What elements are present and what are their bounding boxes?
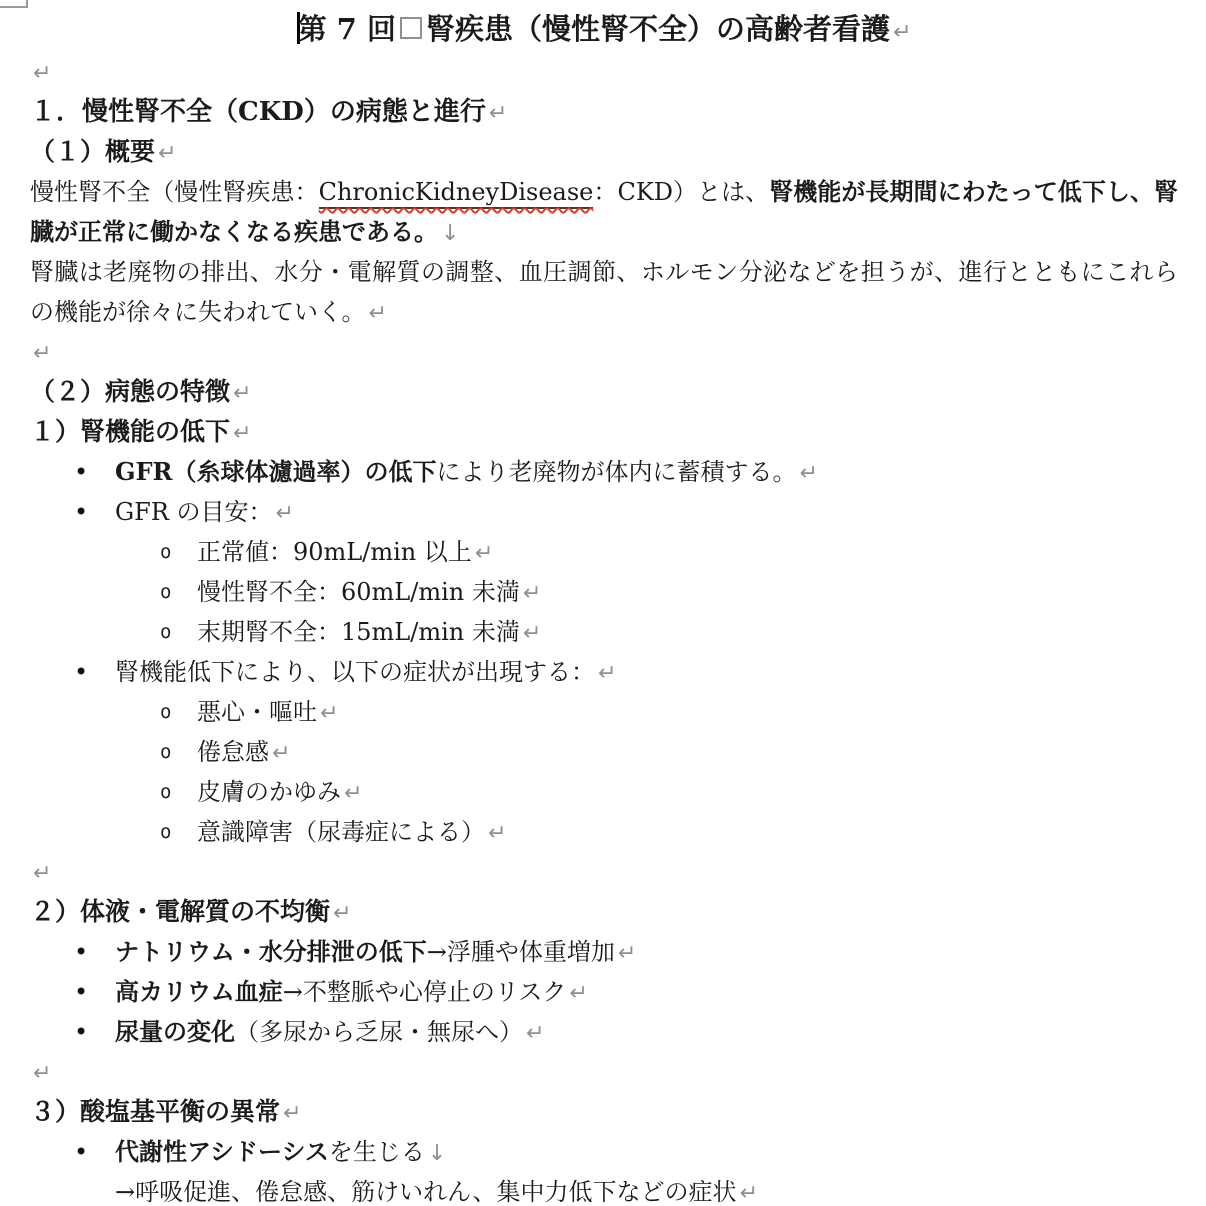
paragraph-mark-icon: ↵ — [488, 821, 506, 846]
empty-line[interactable]: ↵ — [30, 332, 1178, 372]
empty-line[interactable]: ↵ — [30, 52, 1178, 92]
text-run: １．慢性腎不全（CKD）の病態と進行 — [30, 97, 486, 127]
bullet-icon: • — [74, 452, 88, 492]
list-item-level1[interactable]: •高カリウム血症→不整脈や心停止のリスク↵ — [30, 972, 1178, 1012]
document-body: 第 7 回腎疾患（慢性腎不全）の高齢者看護↵↵１．慢性腎不全（CKD）の病態と進… — [30, 6, 1178, 1206]
list-item-level1[interactable]: •GFR（糸球体濾過率）の低下により老廃物が体内に蓄積する。↵ — [30, 452, 1178, 492]
paragraph-mark-icon: ↵ — [158, 141, 176, 166]
bullet-icon: • — [74, 1012, 88, 1052]
continuation-line[interactable]: →呼吸促進、倦怠感、筋けいれん、集中力低下などの症状↵ — [30, 1172, 1178, 1206]
text-run: （１）概要 — [30, 137, 155, 166]
paragraph-mark-icon: ↵ — [333, 901, 351, 926]
fullwidth-space-icon — [400, 17, 422, 39]
text-run: 正常値：90mL/min 以上 — [197, 538, 472, 566]
paragraph-mark-icon: ↵ — [598, 661, 616, 686]
list-item-level2[interactable]: o慢性腎不全：60mL/min 未満↵ — [30, 572, 1178, 612]
paragraph-mark-icon: ↵ — [233, 381, 251, 406]
bullet-icon: • — [74, 652, 88, 692]
circle-bullet-icon: o — [160, 732, 171, 772]
list-item-level2[interactable]: o末期腎不全：15mL/min 未満↵ — [30, 612, 1178, 652]
line-break-icon: ↓ — [441, 221, 459, 246]
text-run: を生じる — [329, 1138, 425, 1166]
text-run: 意識障害（尿毒症による） — [197, 818, 485, 846]
text-run: 慢性腎不全（慢性腎疾患： — [30, 178, 319, 206]
text-run: により老廃物が体内に蓄積する。 — [436, 458, 796, 486]
list-item-level1[interactable]: •尿量の変化（多尿から乏尿・無尿へ）↵ — [30, 1012, 1178, 1052]
list-item-level1[interactable]: •GFR の目安：↵ — [30, 492, 1178, 532]
line-break-icon: ↓ — [428, 1141, 446, 1166]
list-item-level2[interactable]: o倦怠感↵ — [30, 732, 1178, 772]
numbered-heading[interactable]: １）腎機能の低下↵ — [30, 412, 1178, 452]
text-run: GFR（糸球体濾過率）の低下 — [115, 457, 436, 486]
paragraph-mark-icon: ↵ — [489, 101, 507, 126]
paragraph-mark-icon: ↵ — [283, 1101, 301, 1126]
sub-heading[interactable]: （２）病態の特徴↵ — [30, 372, 1178, 412]
paragraph-mark-icon: ↵ — [369, 301, 387, 326]
list-item-level1[interactable]: •代謝性アシドーシスを生じる↓ — [30, 1132, 1178, 1172]
numbered-heading[interactable]: ２）体液・電解質の不均衡↵ — [30, 892, 1178, 932]
document-page[interactable]: 第 7 回腎疾患（慢性腎不全）の高齢者看護↵↵１．慢性腎不全（CKD）の病態と進… — [0, 0, 1206, 1206]
text-run: 第 7 回 — [298, 12, 396, 46]
paragraph-mark-icon: ↵ — [618, 941, 636, 966]
bullet-icon: • — [74, 972, 88, 1012]
paragraph-mark-icon: ↵ — [526, 1021, 544, 1046]
text-run: 倦怠感 — [197, 738, 269, 766]
circle-bullet-icon: o — [160, 812, 171, 852]
empty-line[interactable]: ↵ — [30, 1052, 1178, 1092]
circle-bullet-icon: o — [160, 772, 171, 812]
paragraph-mark-icon: ↵ — [276, 501, 294, 526]
text-run: 代謝性アシドーシス — [115, 1137, 329, 1166]
text-run: ：CKD）とは、 — [593, 178, 769, 206]
text-run: →不整脈や心停止のリスク — [283, 978, 567, 1006]
text-run: 高カリウム血症 — [115, 977, 283, 1006]
text-run: 慢性腎不全：60mL/min 未満 — [197, 578, 520, 606]
document-title[interactable]: 第 7 回腎疾患（慢性腎不全）の高齢者看護↵ — [30, 6, 1178, 52]
sub-heading[interactable]: （１）概要↵ — [30, 132, 1178, 172]
paragraph-mark-icon: ↵ — [320, 701, 338, 726]
list-item-level2[interactable]: o正常値：90mL/min 以上↵ — [30, 532, 1178, 572]
text-run: 腎機能低下により、以下の症状が出現する： — [115, 658, 595, 686]
paragraph-mark-icon: ↵ — [344, 781, 362, 806]
list-item-level1[interactable]: •腎機能低下により、以下の症状が出現する：↵ — [30, 652, 1178, 692]
text-run: →呼吸促進、倦怠感、筋けいれん、集中力低下などの症状 — [115, 1178, 737, 1206]
list-item-level2[interactable]: o悪心・嘔吐↵ — [30, 692, 1178, 732]
numbered-heading[interactable]: ３）酸塩基平衡の異常↵ — [30, 1092, 1178, 1132]
text-run: ナトリウム・水分排泄の低下 — [115, 937, 427, 966]
text-run: （２）病態の特徴 — [30, 377, 230, 406]
text-run: 悪心・嘔吐 — [197, 698, 317, 726]
text-run: ２）体液・電解質の不均衡 — [30, 897, 330, 926]
list-item-level2[interactable]: o意識障害（尿毒症による）↵ — [30, 812, 1178, 852]
body-paragraph[interactable]: 慢性腎不全（慢性腎疾患：ChronicKidneyDisease：CKD）とは、… — [30, 172, 1178, 252]
text-boundary-corner-icon — [0, 0, 28, 8]
paragraph-mark-icon: ↵ — [523, 621, 541, 646]
paragraph-mark-icon: ↵ — [740, 1181, 758, 1206]
bullet-icon: • — [74, 1132, 88, 1172]
circle-bullet-icon: o — [160, 532, 171, 572]
text-run: 皮膚のかゆみ — [197, 778, 341, 806]
paragraph-mark-icon: ↵ — [33, 1061, 51, 1086]
list-item-level1[interactable]: •ナトリウム・水分排泄の低下→浮腫や体重増加↵ — [30, 932, 1178, 972]
text-run: 腎臓は老廃物の排出、水分・電解質の調整、血圧調節、ホルモン分泌などを担うが、進行… — [30, 258, 1178, 326]
paragraph-mark-icon: ↵ — [799, 461, 817, 486]
paragraph-mark-icon: ↵ — [893, 20, 911, 45]
text-run: 腎疾患（慢性腎不全）の高齢者看護 — [426, 12, 890, 46]
paragraph-mark-icon: ↵ — [523, 581, 541, 606]
paragraph-mark-icon: ↵ — [33, 341, 51, 366]
section-heading[interactable]: １．慢性腎不全（CKD）の病態と進行↵ — [30, 92, 1178, 132]
paragraph-mark-icon: ↵ — [233, 421, 251, 446]
text-run: GFR の目安： — [115, 498, 273, 526]
text-run: 末期腎不全：15mL/min 未満 — [197, 618, 520, 646]
circle-bullet-icon: o — [160, 572, 171, 612]
text-run: 尿量の変化 — [115, 1017, 235, 1046]
paragraph-mark-icon: ↵ — [33, 861, 51, 886]
paragraph-mark-icon: ↵ — [272, 741, 290, 766]
circle-bullet-icon: o — [160, 612, 171, 652]
bullet-icon: • — [74, 932, 88, 972]
body-paragraph[interactable]: 腎臓は老廃物の排出、水分・電解質の調整、血圧調節、ホルモン分泌などを担うが、進行… — [30, 252, 1178, 332]
text-run: ３）酸塩基平衡の異常 — [30, 1097, 280, 1126]
paragraph-mark-icon: ↵ — [569, 981, 587, 1006]
text-run: →浮腫や体重増加 — [427, 938, 615, 966]
text-run: １）腎機能の低下 — [30, 417, 230, 446]
empty-line[interactable]: ↵ — [30, 852, 1178, 892]
bullet-icon: • — [74, 492, 88, 532]
paragraph-mark-icon: ↵ — [475, 541, 493, 566]
text-run: （多尿から乏尿・無尿へ） — [235, 1018, 523, 1046]
list-item-level2[interactable]: o皮膚のかゆみ↵ — [30, 772, 1178, 812]
paragraph-mark-icon: ↵ — [33, 61, 51, 86]
circle-bullet-icon: o — [160, 692, 171, 732]
text-run: ChronicKidneyDisease — [319, 178, 594, 209]
